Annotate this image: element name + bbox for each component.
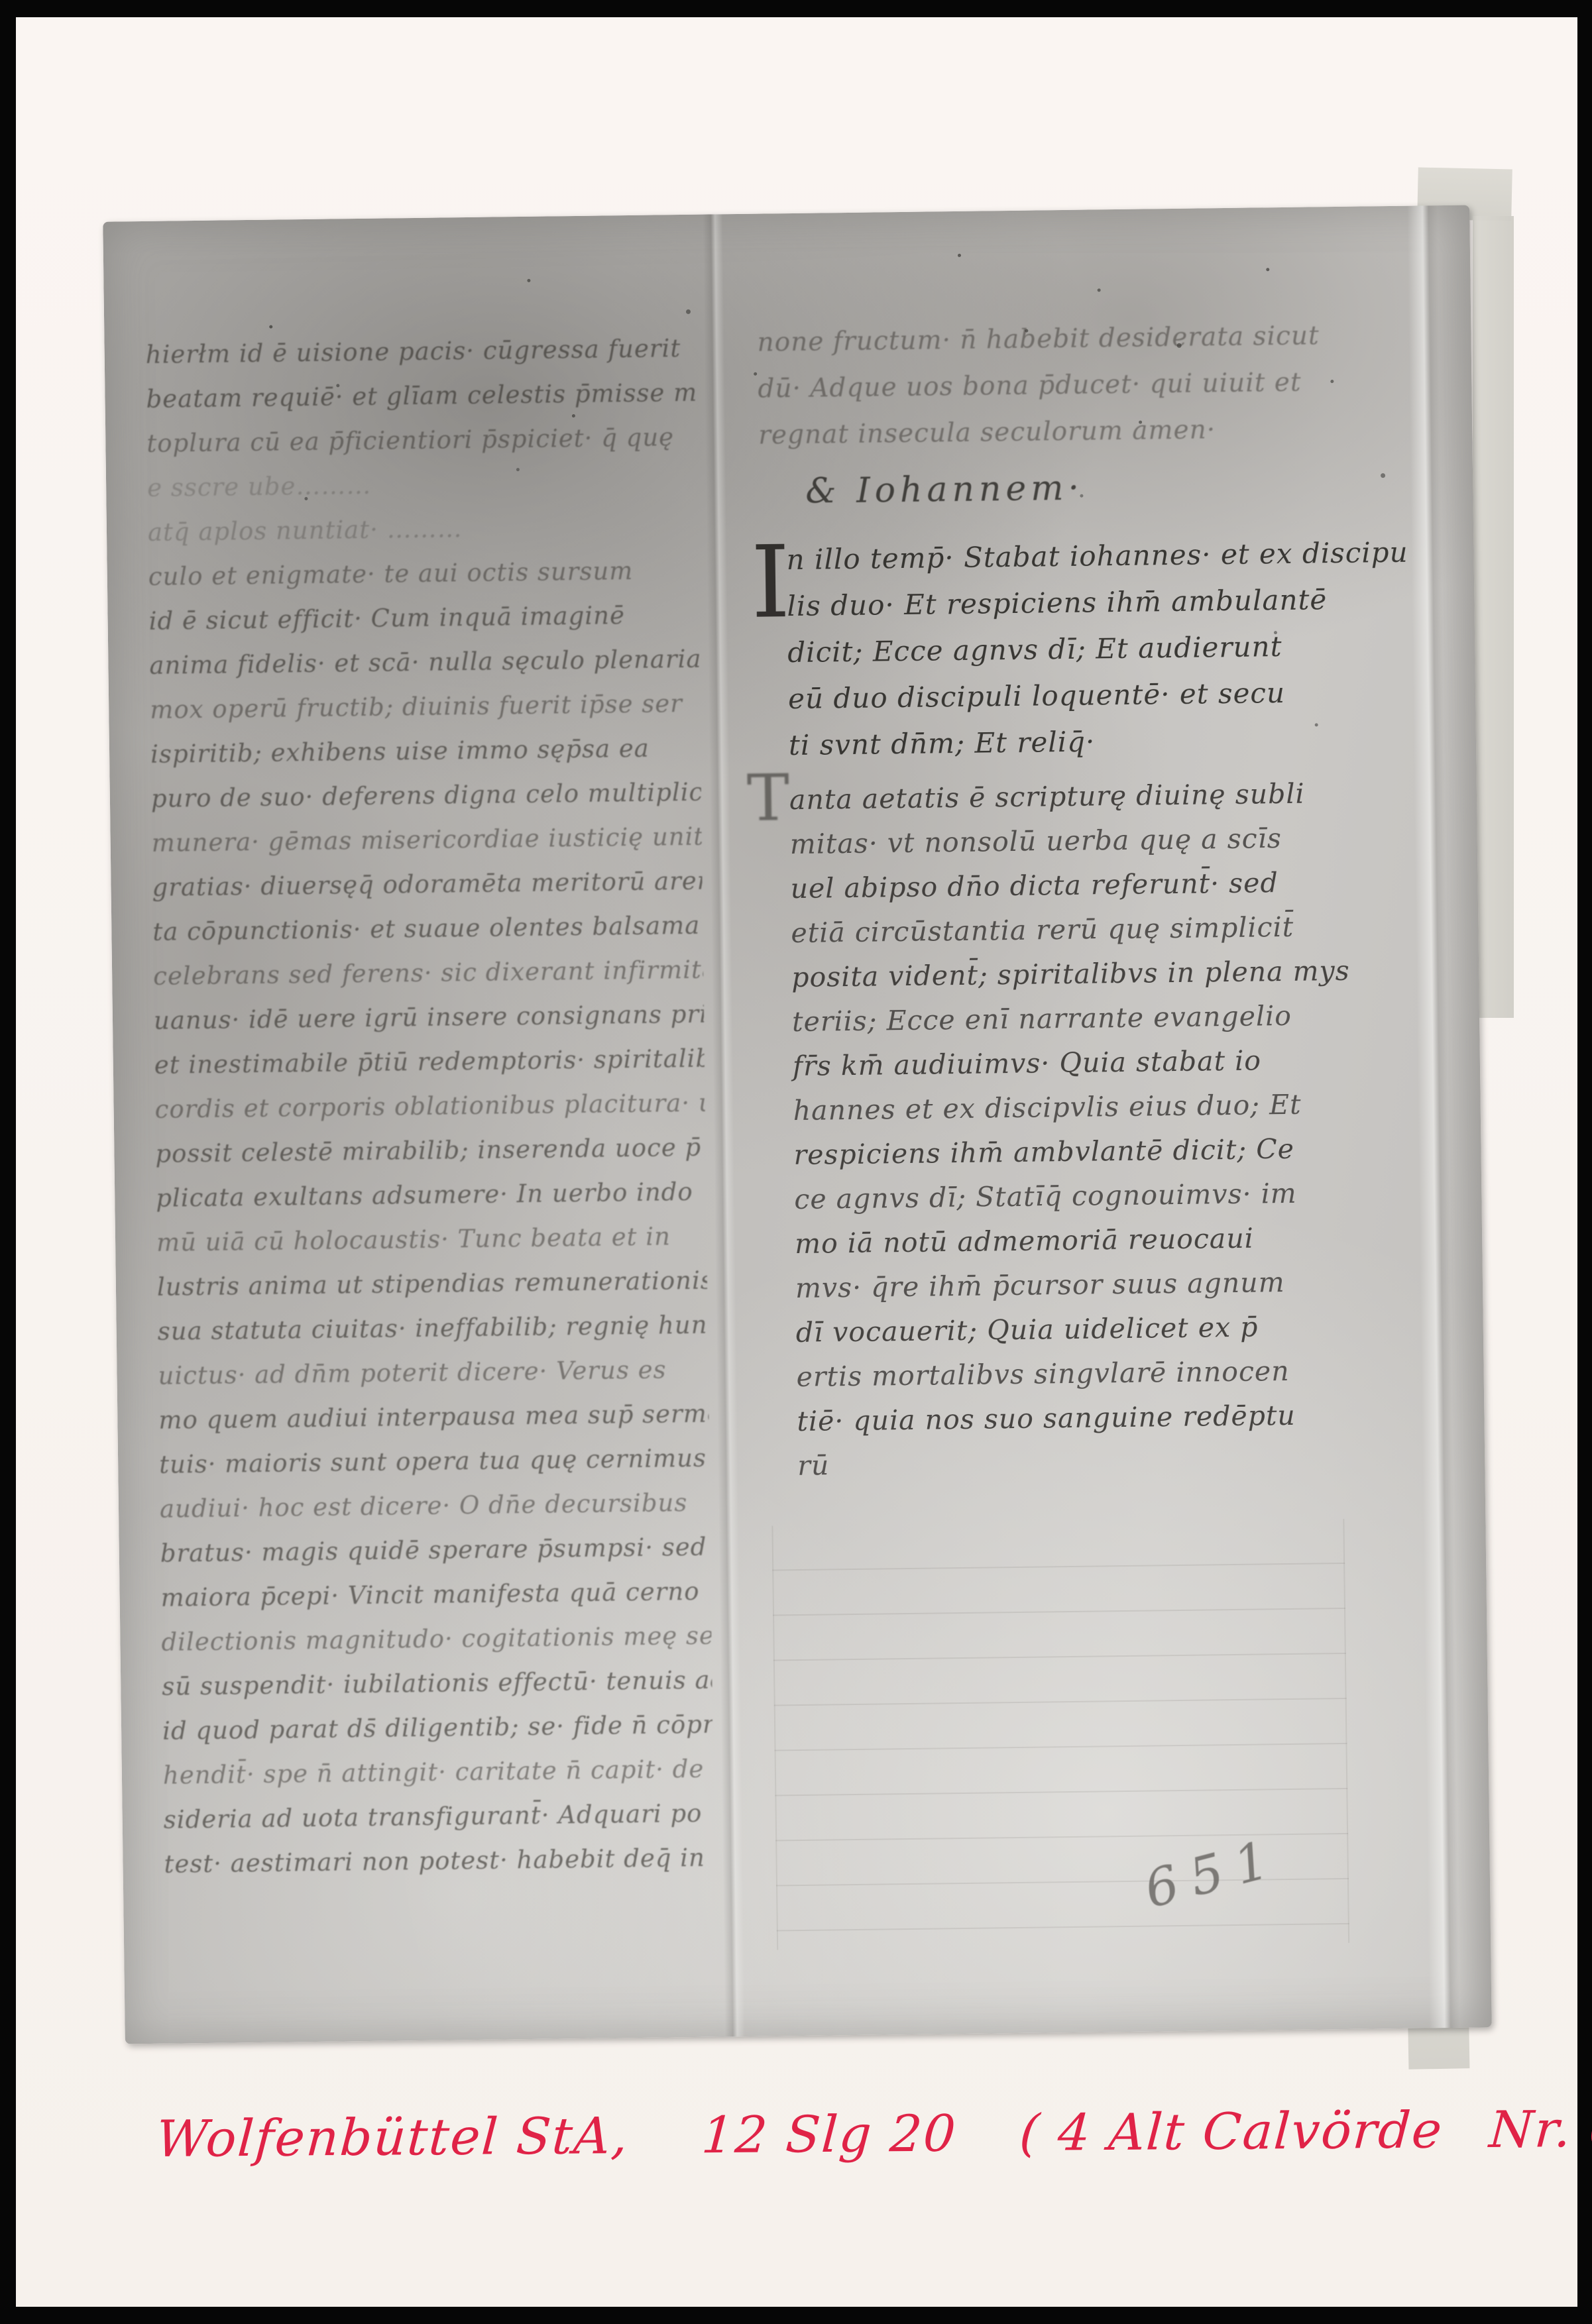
manuscript-text-line: anima fidelis· et scā· nulla sęculo plen… (149, 637, 700, 688)
manuscript-text-line: teriis; Ecce enī narrante evangelio (792, 993, 1356, 1044)
manuscript-text-line: maiora p̄cepi· Vincit manifesta quā cern… (160, 1569, 711, 1620)
manuscript-text-line: dī vocauerit; Quia uidelicet ex p̄ (795, 1304, 1359, 1355)
archive-caption-segment: Wolfenbüttel StA, (154, 2106, 630, 2168)
manuscript-text-line: uel abipso dn̄o dicta referunt̄· sed (790, 860, 1354, 911)
manuscript-text-line: hierłm id ē uisione pacis· cūgressa fuer… (145, 326, 696, 377)
photo-paper: hierłm id ē uisione pacis· cūgressa fuer… (16, 17, 1577, 2307)
manuscript-text-line: possit celestē mirabilib; inserenda uoce… (155, 1125, 706, 1176)
manuscript-text-line: audiui· hoc est dicere· O dn̄e decursibu… (160, 1480, 711, 1531)
manuscript-text-line: hannes et ex discipvlis eius duo; Et (793, 1082, 1357, 1133)
manuscript-text-line: sū suspendit· iubilationis effectū· tenu… (162, 1658, 712, 1709)
manuscript-text-line: respiciens ihm̄ ambvlantē dicit; Ce (793, 1127, 1357, 1178)
manuscript-text-line: atq̄ aplos nuntiat· ……… (148, 504, 699, 555)
gospel-pericope-block: I n illo temp̄· Stabat iohannes· et ex d… (760, 530, 1352, 769)
ink-specks (103, 222, 105, 224)
manuscript-text-line: hendit̄· spe n̄ attingit· caritate n̄ ca… (163, 1747, 714, 1798)
manuscript-text-line: dū· Adque uos bona p̄ducet· qui uiuit et (758, 359, 1348, 413)
manuscript-text-line: cordis et corporis oblationibus placitur… (154, 1081, 705, 1132)
manuscript-text-line: tiē· quia nos suo sanguine redēptu (797, 1393, 1361, 1444)
manuscript-text-line: mitas· vt nonsolū uerba quę a scīs (789, 816, 1353, 867)
manuscript-text-line: etiā circūstantia rerū quę simplicit̄ (791, 905, 1355, 956)
manuscript-text-line: mo quem audiui interpausa mea sup̄ sermo… (158, 1392, 709, 1443)
archive-caption-segment: Nr. 651 ) (1487, 2098, 1592, 2159)
closing-lines-block: none fructum· n̄ habebit desiderata sicu… (757, 313, 1348, 459)
archive-caption: Wolfenbüttel StA,12 Slg 20( 4 Alt Calvör… (152, 2100, 1483, 2209)
manuscript-text-line: sideria ad uota transfigurant̄· Adquari … (163, 1791, 714, 1842)
manuscript-text-line: lustris anima ut stipendias remuneration… (157, 1258, 708, 1309)
manuscript-text-line: regnat insecula seculorum amen· (758, 406, 1349, 459)
gospel-rubric: & Iohannem· (759, 459, 1349, 519)
manuscript-text-line: plicata exultans adsumere· In uerbo indo (156, 1170, 707, 1221)
manuscript-page: hierłm id ē uisione pacis· cūgressa fuer… (103, 205, 1491, 2044)
photograph-mount: hierłm id ē uisione pacis· cūgressa fuer… (0, 0, 1592, 2324)
manuscript-text-line: e sscre ube……… (147, 459, 698, 510)
left-text-column: hierłm id ē uisione pacis· cūgressa fuer… (145, 326, 714, 1887)
tape-strip-right-upper (1473, 216, 1514, 1018)
manuscript-text-line: mvs· q̄re ihm̄ p̄cursor suus agnum (795, 1260, 1359, 1311)
manuscript-text-line: celebrans sed ferens· sic dixerant infir… (153, 948, 704, 999)
gospel-lines: n illo temp̄· Stabat iohannes· et ex dis… (786, 530, 1352, 769)
gospel-initial: I (750, 533, 791, 633)
manuscript-text-line: beatam requiē· et glīam celestis p̄misse… (146, 370, 697, 421)
manuscript-text-line: id quod parat ds̄ diligentib; se· fide n… (162, 1702, 713, 1753)
manuscript-text-line: id ē sicut efficit· Cum inquā imaginē (148, 592, 699, 643)
manuscript-text-line: munera· gēmas misericordiae iusticię uni… (151, 814, 702, 865)
manuscript-text-line: ta cōpunctionis· et suaue olentes balsam… (152, 903, 703, 954)
archive-caption-segment: ( 4 Alt Calvörde (1018, 2100, 1445, 2162)
manuscript-text-line: sua statuta ciuitas· ineffabilib; regnię… (157, 1303, 708, 1354)
homily-block: T anta aetatis ē scripturę diuinę sublim… (763, 771, 1361, 1489)
manuscript-text-line: ti svnt dn̄m; Et reliq̄· (789, 716, 1353, 769)
manuscript-text-line: posita vident̄; spiritalibvs in plena my… (791, 949, 1355, 1000)
manuscript-text-line: uanus· idē uere igrū insere consignans p… (154, 992, 705, 1043)
manuscript-text-line: ce agnvs dī; Statīq̄ cognouimvs· im (794, 1171, 1358, 1222)
manuscript-text-line: fr̄s km̄ audiuimvs· Quia stabat io (793, 1038, 1357, 1089)
manuscript-text-line: toplura cū ea p̄ficientiori p̄spiciet· q… (146, 415, 697, 466)
archive-caption-segment: 12 Slg 20 (700, 2104, 958, 2165)
right-text-column: none fructum· n̄ habebit desiderata sicu… (757, 313, 1361, 1489)
manuscript-text-line: gratias· diuersęq̄ odoramēta meritorū ar… (152, 859, 703, 910)
manuscript-text-line: dilectionis magnitudo· cogitationis meę … (161, 1614, 712, 1665)
manuscript-text-line: lis duo· Et respiciens ihm̄ ambulantē (787, 577, 1351, 630)
manuscript-text-line: culo et enigmate· te aui octis sursum (148, 548, 699, 599)
manuscript-text-line: anta aetatis ē scripturę diuinę subli (789, 771, 1353, 822)
manuscript-text-line: n illo temp̄· Stabat iohannes· et ex dis… (786, 530, 1350, 583)
manuscript-text-line: et inestimabile p̄tiū redemptoris· spiri… (154, 1036, 705, 1087)
manuscript-text-line: puro de suo· deferens digna celo multipl… (151, 770, 702, 821)
manuscript-text-line: mo iā notū admemoriā reuocaui (795, 1215, 1359, 1266)
manuscript-text-line: tuis· maioris sunt opera tua quę cernimu… (159, 1436, 710, 1487)
manuscript-text-line: test· aestimari non potest· habebit deq̄… (164, 1836, 714, 1887)
homily-initial: T (746, 766, 790, 830)
manuscript-text-line: bratus· magis quidē sperare p̄sumpsi· se… (160, 1525, 711, 1576)
manuscript-text-line: mox operū fructib; diuinis fuerit ip̄se … (150, 681, 701, 732)
manuscript-text-line: dicit; Ecce agnvs dī; Et audierunt (787, 623, 1351, 676)
manuscript-text-line: none fructum· n̄ habebit desiderata sicu… (757, 313, 1347, 366)
manuscript-text-line: eū duo discipuli loquentē· et secu (788, 669, 1352, 722)
homily-lines: anta aetatis ē scripturę diuinę sublimit… (789, 771, 1361, 1488)
manuscript-text-line: rū (797, 1437, 1361, 1488)
manuscript-text-line: ispiritib; exhibens uise immo sęp̄sa ea (150, 726, 701, 777)
manuscript-text-line: uictus· ad dn̄m poterit dicere· Verus es (158, 1347, 709, 1398)
manuscript-text-line: ertis mortalibvs singvlarē innocen (796, 1349, 1360, 1400)
manuscript-text-line: mū uiā cū holocaustis· Tunc beata et in (156, 1214, 707, 1265)
